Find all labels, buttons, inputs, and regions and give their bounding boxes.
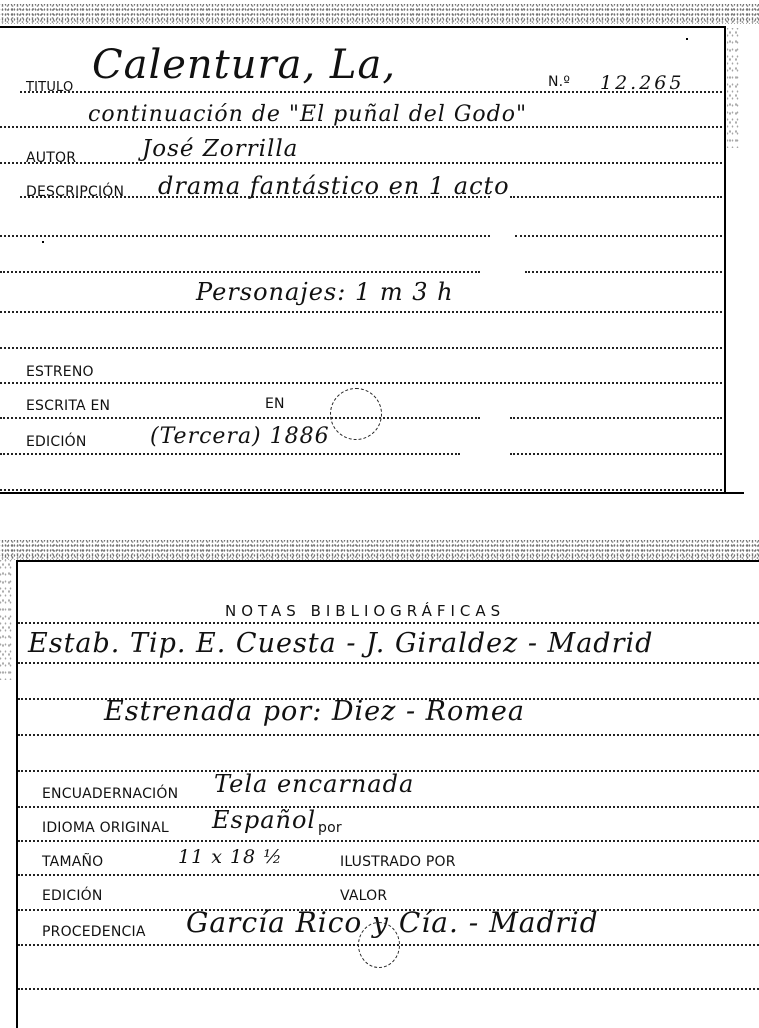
autor-value: José Zorrilla (142, 136, 298, 162)
ruled-line (0, 489, 722, 491)
ruled-line (18, 806, 759, 808)
ruled-line (515, 235, 722, 237)
stamp-mark (330, 388, 382, 440)
scan-noise-left (0, 560, 14, 680)
note-line-1: Estab. Tip. E. Cuesta - J. Giraldez - Ma… (28, 628, 653, 659)
speck (686, 38, 688, 40)
ruled-line (18, 840, 759, 842)
scan-noise-right (727, 28, 741, 148)
scan-noise-top (0, 4, 759, 24)
encuadernacion-label: ENCUADERNACIÓN (42, 786, 178, 802)
personajes-value: Personajes: 1 m 3 h (196, 278, 454, 306)
ruled-line (0, 162, 722, 164)
card-divider (0, 492, 744, 494)
ruled-line (18, 734, 759, 736)
ruled-line (0, 347, 722, 349)
ruled-line (510, 453, 722, 455)
encuadernacion-value: Tela encarnada (214, 770, 414, 798)
ruled-line (0, 311, 722, 313)
tamano-value: 11 x 18 ½ (178, 846, 283, 868)
valor-label: VALOR (340, 888, 387, 904)
ruled-line (0, 417, 480, 419)
titulo-continuation-value: continuación de "El puñal del Godo" (88, 102, 527, 127)
ruled-line (0, 271, 480, 273)
tamano-label: TAMAÑO (42, 854, 103, 870)
idioma-suffix: por (318, 820, 342, 836)
ruled-line (18, 988, 759, 990)
ilustrado-por-label: ILUSTRADO POR (340, 854, 456, 870)
edicion-label: EDICIÓN (26, 434, 87, 450)
ruled-line (510, 196, 722, 198)
titulo-label: TITULO (26, 80, 73, 95)
idioma-original-label: IDIOMA ORIGINAL (42, 820, 169, 836)
scan-noise-middle (0, 540, 759, 560)
ruled-line (525, 271, 722, 273)
en-label: EN (265, 396, 285, 412)
ruled-line (0, 453, 460, 455)
escrita-en-label: ESCRITA EN (26, 398, 110, 414)
descripcion-value: drama fantástico en 1 acto (158, 172, 510, 200)
ruled-line (18, 622, 759, 624)
note-line-2: Estrenada por: Diez - Romea (104, 696, 525, 727)
estreno-label: ESTRENO (26, 364, 94, 380)
idioma-original-value: Español (212, 806, 316, 834)
ruled-line (18, 662, 759, 664)
edicion-label-back: EDICIÓN (42, 888, 103, 904)
descripcion-label: DESCRIPCIÓN (26, 184, 124, 200)
procedencia-label: PROCEDENCIA (42, 924, 146, 940)
ruled-line (18, 874, 759, 876)
notas-bibliograficas-heading: NOTAS BIBLIOGRÁFICAS (225, 602, 505, 620)
ruled-line (510, 417, 722, 419)
ruled-line (0, 235, 490, 237)
stamp-mark (358, 922, 400, 968)
edicion-value: (Tercera) 1886 (150, 424, 330, 449)
autor-label: AUTOR (26, 150, 76, 166)
speck (42, 241, 44, 243)
numero-label: N.º (548, 74, 570, 90)
numero-value: 12.265 (600, 72, 684, 94)
catalog-card-back: NOTAS BIBLIOGRÁFICAS Estab. Tip. E. Cues… (16, 560, 759, 1028)
ruled-line (0, 382, 722, 384)
titulo-value: Calentura, La, (92, 42, 396, 88)
catalog-card-front: TITULO N.º AUTOR DESCRIPCIÓN ESTRENO ESC… (0, 26, 726, 493)
